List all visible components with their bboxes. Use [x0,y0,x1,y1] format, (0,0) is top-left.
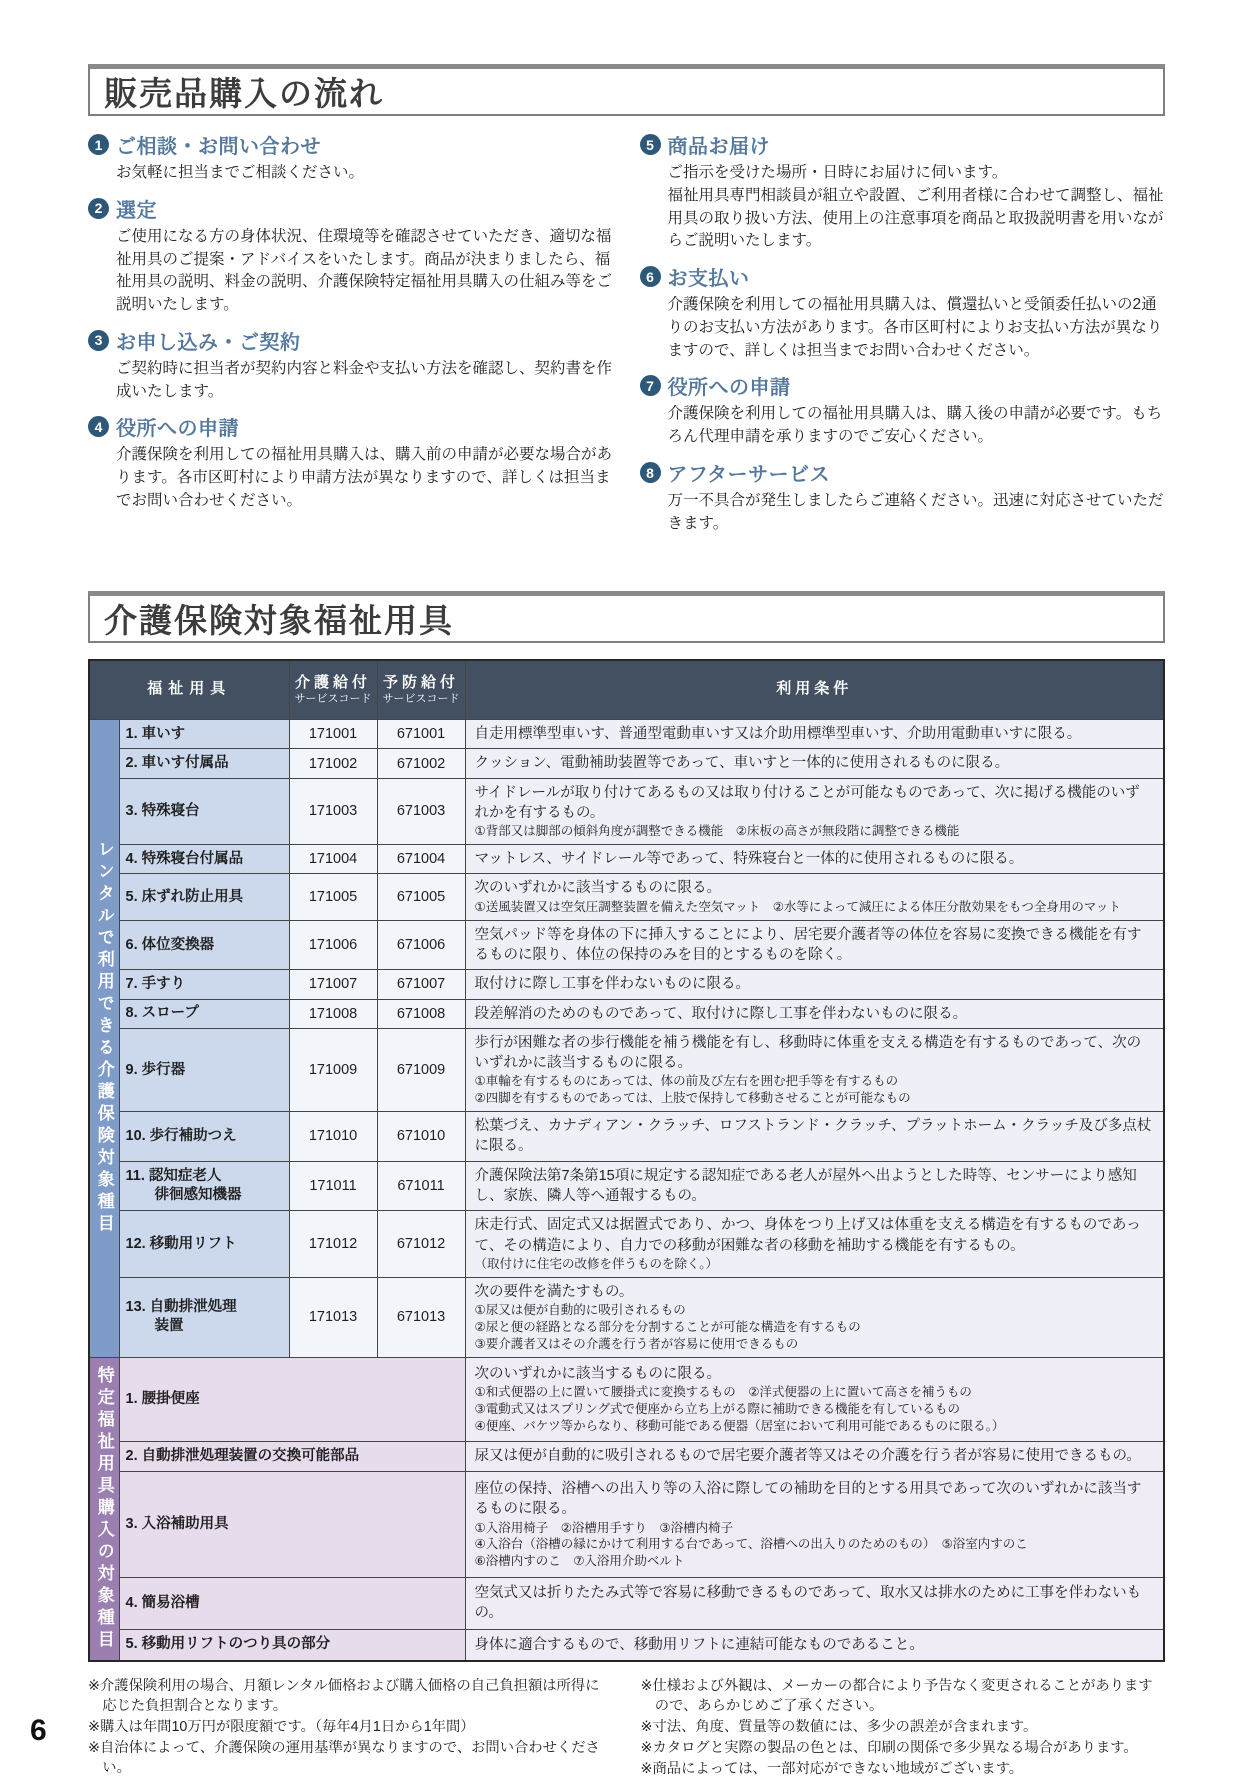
step-item: 3 お申し込み・ご契約 ご契約時に担当者が契約内容と料金や支払い方法を確認し、契… [88,326,614,404]
usage-condition: 取付けに際し工事を伴わないものに限る。 [465,970,1164,999]
table-row: 4. 特殊寝台付属品 171004 671004 マットレス、サイドレール等であ… [89,845,1164,874]
prevention-benefit-code: 671007 [377,970,465,999]
steps-column-right: 5 商品お届け ご指示を受けた場所・日時にお届けに伺います。 福祉用具専門相談員… [640,130,1166,545]
col-header-care-code: 介護給付 サービスコード [289,660,377,720]
table-row: 2. 自動排泄処理装置の交換可能部品 尿又は便が自動的に吸引されるもので居宅要介… [89,1441,1164,1472]
table-header-row: 福祉用具 介護給付 サービスコード 予防給付 サービスコード 利用条件 [89,660,1164,720]
footnote: ※商品によっては、一部対応ができない地域がございます。 [641,1759,1166,1779]
usage-condition: クッション、電動補助装置等であって、車いすと一体的に使用されるものに限る。 [465,749,1164,778]
step-item: 7 役所への申請 介護保険を利用しての福祉用具購入は、購入後の申請が必要です。も… [640,371,1166,449]
prevention-benefit-label: 予防給付 [380,674,463,693]
step-heading: 商品お届け [668,130,771,159]
usage-condition: 床走行式、固定式又は据置式であり、かつ、身体をつり上げ又は体重を支える構造を有す… [465,1211,1164,1277]
footnotes-right: ※仕様および外観は、メーカーの都合により予告なく変更されることがありますので、あ… [641,1676,1166,1780]
equipment-name: 8. スロープ [119,999,289,1028]
step-head: 7 役所への申請 [640,371,1166,400]
step-number-badge: 7 [640,375,661,396]
care-benefit-code: 171011 [289,1161,377,1211]
section-title-flow: 販売品購入の流れ [88,64,1165,116]
care-benefit-code: 171013 [289,1277,377,1357]
footnote: ※介護保険利用の場合、月額レンタル価格および購入価格の自己負担額は所得に応じた負… [88,1676,613,1716]
care-benefit-code: 171008 [289,999,377,1028]
care-benefit-code: 171007 [289,970,377,999]
equipment-table-wrap: 福祉用具 介護給付 サービスコード 予防給付 サービスコード 利用条件 [88,659,1165,1662]
equipment-name: 3. 入浴補助用具 [119,1472,465,1577]
table-row: 10. 歩行補助つえ 171010 671010 松葉づえ、カナディアン・クラッ… [89,1112,1164,1162]
step-description: 介護保険を利用しての福祉用具購入は、購入後の申請が必要です。もちろん代理申請を承… [668,403,1166,449]
col-header-prevention-code: 予防給付 サービスコード [377,660,465,720]
equipment-name: 1. 腰掛便座 [119,1357,465,1441]
usage-condition: マットレス、サイドレール等であって、特殊寝台と一体的に使用されるものに限る。 [465,845,1164,874]
page-content: 販売品購入の流れ 1 ご相談・お問い合わせ お気軽に担当までご相談ください。 2… [88,0,1165,1780]
table-row: 11. 認知症老人 徘徊感知機器 171011 671011 介護保険法第7条第… [89,1161,1164,1211]
usage-condition: 松葉づえ、カナディアン・クラッチ、ロフストランド・クラッチ、プラットホーム・クラ… [465,1112,1164,1162]
footnote: ※寸法、角度、質量等の数値には、多少の誤差が含まれます。 [641,1717,1166,1737]
purchase-section: 特定福祉用具購入の対象種目 1. 腰掛便座 次のいずれかに該当するものに限る。①… [89,1357,1164,1661]
prevention-benefit-code: 671006 [377,920,465,970]
equipment-name: 2. 車いす付属品 [119,749,289,778]
care-benefit-sublabel: サービスコード [292,693,375,706]
equipment-title: 介護保険対象福祉用具 [104,595,454,642]
care-benefit-code: 171001 [289,720,377,749]
col-header-equipment-label: 福祉用具 [92,680,287,699]
prevention-benefit-code: 671008 [377,999,465,1028]
step-heading: お申し込み・ご契約 [116,326,301,355]
step-description: お気軽に担当までご相談ください。 [116,162,614,185]
care-benefit-code: 171009 [289,1028,377,1111]
usage-condition: 介護保険法第7条第15項に規定する認知症である老人が屋外へ出ようとした時等、セン… [465,1161,1164,1211]
steps-column-left: 1 ご相談・お問い合わせ お気軽に担当までご相談ください。 2 選定 ご使用にな… [88,130,614,545]
col-header-condition: 利用条件 [465,660,1164,720]
step-number-badge: 6 [640,266,661,287]
equipment-name: 10. 歩行補助つえ [119,1112,289,1162]
section-title-equipment: 介護保険対象福祉用具 [88,591,1165,643]
table-row: 13. 自動排泄処理 装置 171013 671013 次の要件を満たすもの。①… [89,1277,1164,1357]
step-description: 介護保険を利用しての福祉用具購入は、償還払いと受領委任払いの2通りのお支払い方法… [668,294,1166,362]
step-item: 5 商品お届け ご指示を受けた場所・日時にお届けに伺います。 福祉用具専門相談員… [640,130,1166,253]
prevention-benefit-code: 671010 [377,1112,465,1162]
step-description: 介護保険を利用しての福祉用具購入は、購入前の申請が必要な場合があります。各市区町… [116,444,614,512]
table-row: 8. スロープ 171008 671008 段差解消のためのものであって、取付け… [89,999,1164,1028]
prevention-benefit-code: 671003 [377,778,465,844]
care-benefit-code: 171003 [289,778,377,844]
step-description: ご使用になる方の身体状況、住環境等を確認させていただき、適切な福祉用具のご提案・… [116,226,614,317]
usage-condition: 身体に適合するもので、移動用リフトに連結可能なものであること。 [465,1629,1164,1660]
care-benefit-label: 介護給付 [292,674,375,693]
equipment-name: 3. 特殊寝台 [119,778,289,844]
step-item: 1 ご相談・お問い合わせ お気軽に担当までご相談ください。 [88,130,614,185]
equipment-name: 2. 自動排泄処理装置の交換可能部品 [119,1441,465,1472]
equipment-table: 福祉用具 介護給付 サービスコード 予防給付 サービスコード 利用条件 [88,659,1165,1662]
step-head: 3 お申し込み・ご契約 [88,326,614,355]
table-row: 7. 手すり 171007 671007 取付けに際し工事を伴わないものに限る。 [89,970,1164,999]
step-description: ご契約時に担当者が契約内容と料金や支払い方法を確認し、契約書を作成いたします。 [116,358,614,404]
equipment-name: 5. 床ずれ防止用具 [119,874,289,920]
table-row: 4. 簡易浴槽 空気式又は折りたたみ式等で容易に移動できるものであって、取水又は… [89,1577,1164,1629]
equipment-name: 4. 簡易浴槽 [119,1577,465,1629]
care-benefit-code: 171002 [289,749,377,778]
step-number-badge: 4 [88,416,109,437]
step-head: 4 役所への申請 [88,412,614,441]
footnotes: ※介護保険利用の場合、月額レンタル価格および購入価格の自己負担額は所得に応じた負… [88,1676,1165,1780]
table-row: 5. 床ずれ防止用具 171005 671005 次のいずれかに該当するものに限… [89,874,1164,920]
purchase-section-label: 特定福祉用具購入の対象種目 [89,1357,119,1661]
prevention-benefit-code: 671013 [377,1277,465,1357]
equipment-name: 4. 特殊寝台付属品 [119,845,289,874]
rental-section: レンタルで利用できる介護保険対象種目 1. 車いす 171001 671001 … [89,720,1164,1358]
step-head: 1 ご相談・お問い合わせ [88,130,614,159]
prevention-benefit-code: 671004 [377,845,465,874]
usage-condition: 次の要件を満たすもの。①尿又は便が自動的に吸引されるもの②尿と便の経路となる部分… [465,1277,1164,1357]
prevention-benefit-code: 671012 [377,1211,465,1277]
equipment-name: 12. 移動用リフト [119,1211,289,1277]
equipment-name: 6. 体位変換器 [119,920,289,970]
step-heading: ご相談・お問い合わせ [116,130,321,159]
rental-section-label: レンタルで利用できる介護保険対象種目 [89,720,119,1358]
step-heading: 選定 [116,194,157,223]
care-benefit-code: 171004 [289,845,377,874]
col-header-equipment: 福祉用具 [89,660,289,720]
step-head: 5 商品お届け [640,130,1166,159]
step-heading: 役所への申請 [668,371,791,400]
equipment-name: 11. 認知症老人 徘徊感知機器 [119,1161,289,1211]
step-item: 2 選定 ご使用になる方の身体状況、住環境等を確認させていただき、適切な福祉用具… [88,194,614,317]
footnote: ※自治体によって、介護保険の運用基準が異なりますので、お問い合わせください。 [88,1738,613,1778]
flow-title: 販売品購入の流れ [104,68,384,115]
prevention-benefit-code: 671009 [377,1028,465,1111]
equipment-name: 13. 自動排泄処理 装置 [119,1277,289,1357]
care-benefit-code: 171010 [289,1112,377,1162]
usage-condition: 空気式又は折りたたみ式等で容易に移動できるものであって、取水又は排水のために工事… [465,1577,1164,1629]
equipment-name: 9. 歩行器 [119,1028,289,1111]
table-row: 2. 車いす付属品 171002 671002 クッション、電動補助装置等であっ… [89,749,1164,778]
table-row: 12. 移動用リフト 171012 671012 床走行式、固定式又は据置式であ… [89,1211,1164,1277]
step-heading: 役所への申請 [116,412,239,441]
step-item: 8 アフターサービス 万一不具合が発生しましたらご連絡ください。迅速に対応させて… [640,458,1166,536]
table-row: 3. 特殊寝台 171003 671003 サイドレールが取り付けてあるもの又は… [89,778,1164,844]
table-row: レンタルで利用できる介護保険対象種目 1. 車いす 171001 671001 … [89,720,1164,749]
step-number-badge: 2 [88,198,109,219]
step-item: 6 お支払い 介護保険を利用しての福祉用具購入は、償還払いと受領委任払いの2通り… [640,262,1166,362]
usage-condition: 座位の保持、浴槽への出入り等の入浴に際しての補助を目的とする用具であって次のいず… [465,1472,1164,1577]
care-benefit-code: 171012 [289,1211,377,1277]
condition-label: 利用条件 [468,680,1161,699]
page-number: 6 [30,1714,47,1748]
step-head: 8 アフターサービス [640,458,1166,487]
footnote: ※仕様および外観は、メーカーの都合により予告なく変更されることがありますので、あ… [641,1676,1166,1716]
prevention-benefit-code: 671002 [377,749,465,778]
footnote: ※購入は年間10万円が限度額です。（毎年4月1日から1年間） [88,1717,613,1737]
usage-condition: 空気パッド等を身体の下に挿入することにより、居宅要介護者等の体位を容易に変換でき… [465,920,1164,970]
footnote: ※カタログと実際の製品の色とは、印刷の関係で多少異なる場合があります。 [641,1738,1166,1758]
step-number-badge: 1 [88,134,109,155]
table-row: 9. 歩行器 171009 671009 歩行が困難な者の歩行機能を補う機能を有… [89,1028,1164,1111]
prevention-benefit-sublabel: サービスコード [380,693,463,706]
equipment-name: 1. 車いす [119,720,289,749]
equipment-name: 5. 移動用リフトのつり具の部分 [119,1629,465,1660]
equipment-name: 7. 手すり [119,970,289,999]
usage-condition: 歩行が困難な者の歩行機能を補う機能を有し、移動時に体重を支える構造を有するもので… [465,1028,1164,1111]
prevention-benefit-code: 671011 [377,1161,465,1211]
footnotes-left: ※介護保険利用の場合、月額レンタル価格および購入価格の自己負担額は所得に応じた負… [88,1676,613,1780]
care-benefit-code: 171005 [289,874,377,920]
step-item: 4 役所への申請 介護保険を利用しての福祉用具購入は、購入前の申請が必要な場合が… [88,412,614,512]
prevention-benefit-code: 671001 [377,720,465,749]
step-heading: アフターサービス [668,458,831,487]
usage-condition: 次のいずれかに該当するものに限る。①送風装置又は空気圧調整装置を備えた空気マット… [465,874,1164,920]
table-row: 特定福祉用具購入の対象種目 1. 腰掛便座 次のいずれかに該当するものに限る。①… [89,1357,1164,1441]
step-head: 6 お支払い [640,262,1166,291]
table-row: 5. 移動用リフトのつり具の部分 身体に適合するもので、移動用リフトに連結可能な… [89,1629,1164,1660]
step-description: 万一不具合が発生しましたらご連絡ください。迅速に対応させていただきます。 [668,490,1166,536]
table-row: 3. 入浴補助用具 座位の保持、浴槽への出入り等の入浴に際しての補助を目的とする… [89,1472,1164,1577]
step-number-badge: 3 [88,330,109,351]
usage-condition: 段差解消のためのものであって、取付けに際し工事を伴わないものに限る。 [465,999,1164,1028]
purchase-flow-steps: 1 ご相談・お問い合わせ お気軽に担当までご相談ください。 2 選定 ご使用にな… [88,130,1165,545]
usage-condition: 次のいずれかに該当するものに限る。①和式便器の上に置いて腰掛式に変換するもの ②… [465,1357,1164,1441]
usage-condition: 尿又は便が自動的に吸引されるもので居宅要介護者等又はその介護を行う者が容易に使用… [465,1441,1164,1472]
step-number-badge: 8 [640,462,661,483]
step-description: ご指示を受けた場所・日時にお届けに伺います。 福祉用具専門相談員が組立や設置、ご… [668,162,1166,253]
prevention-benefit-code: 671005 [377,874,465,920]
step-head: 2 選定 [88,194,614,223]
step-number-badge: 5 [640,134,661,155]
step-heading: お支払い [668,262,750,291]
table-row: 6. 体位変換器 171006 671006 空気パッド等を身体の下に挿入するこ… [89,920,1164,970]
care-benefit-code: 171006 [289,920,377,970]
usage-condition: サイドレールが取り付けてあるもの又は取り付けることが可能なものであって、次に掲げ… [465,778,1164,844]
usage-condition: 自走用標準型車いす、普通型電動車いす又は介助用標準型車いす、介助用電動車いすに限… [465,720,1164,749]
